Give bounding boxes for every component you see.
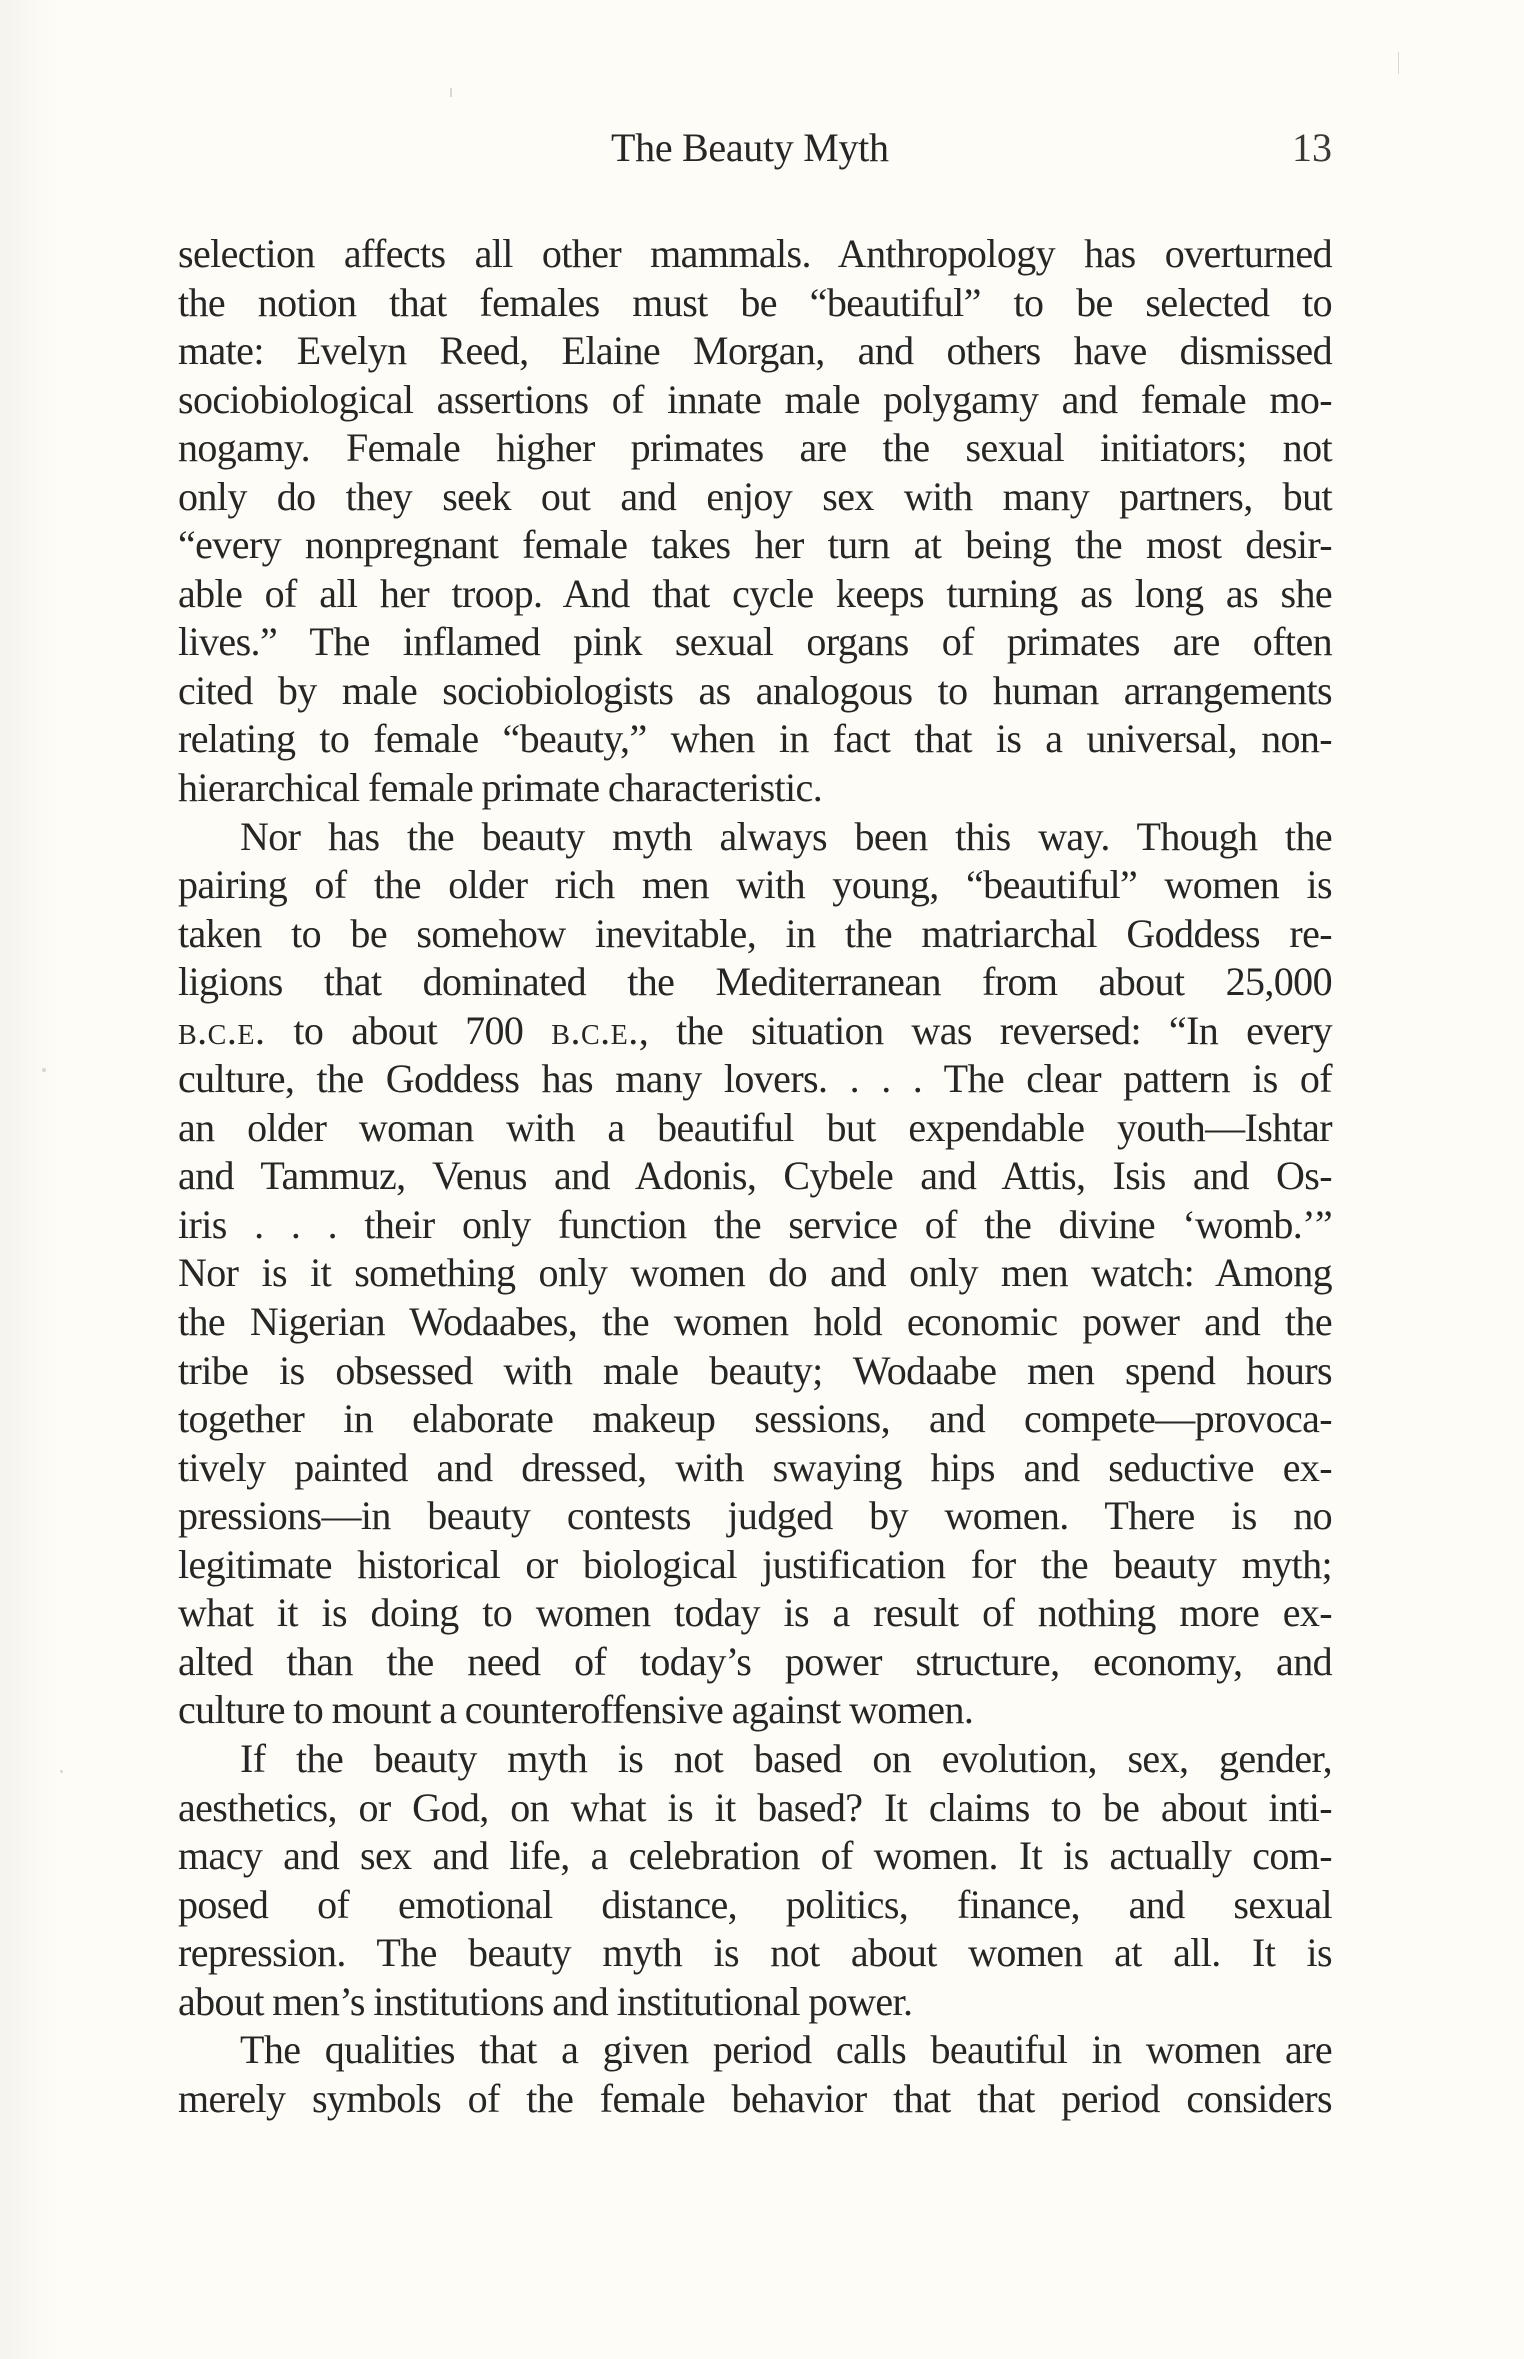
text-line: about men’s institutions and institution… xyxy=(178,1978,1332,2027)
body-text: selection affects all other mammals. Ant… xyxy=(178,230,1332,2123)
text-line: cited by male sociobiologists as analogo… xyxy=(178,667,1332,716)
text-line: The qualities that a given period calls … xyxy=(178,2026,1332,2075)
text-line: tribe is obsessed with male beauty; Woda… xyxy=(178,1347,1332,1396)
book-page: The Beauty Myth 13 selection affects all… xyxy=(0,0,1524,2359)
text-line: Nor is it something only women do and on… xyxy=(178,1249,1332,1298)
scan-artifact xyxy=(450,88,452,97)
text-line: “every nonpregnant female takes her turn… xyxy=(178,521,1332,570)
text-run: , the situation was reversed: “In every xyxy=(639,1008,1332,1053)
text-line: hierarchical female primate characterist… xyxy=(178,764,1332,813)
text-line: macy and sex and life, a celebration of … xyxy=(178,1832,1332,1881)
text-line: culture, the Goddess has many lovers. . … xyxy=(178,1055,1332,1104)
text-line: culture to mount a counteroffensive agai… xyxy=(178,1686,1332,1735)
text-line: ligions that dominated the Mediterranean… xyxy=(178,958,1332,1007)
text-line: lives.” The inflamed pink sexual organs … xyxy=(178,618,1332,667)
scan-artifact xyxy=(1398,52,1399,74)
text-line: and Tammuz, Venus and Adonis, Cybele and… xyxy=(178,1152,1332,1201)
text-line: Nor has the beauty myth always been this… xyxy=(178,813,1332,862)
text-line: merely symbols of the female behavior th… xyxy=(178,2075,1332,2124)
text-line: B.C.E. to about 700 B.C.E., the situatio… xyxy=(178,1007,1332,1056)
text-line: tively painted and dressed, with swaying… xyxy=(178,1444,1332,1493)
text-line: selection affects all other mammals. Ant… xyxy=(178,230,1332,279)
small-caps-abbreviation: B.C.E. xyxy=(178,1008,265,1053)
text-line: posed of emotional distance, politics, f… xyxy=(178,1881,1332,1930)
text-line: only do they seek out and enjoy sex with… xyxy=(178,473,1332,522)
text-line: sociobiological assertions of innate mal… xyxy=(178,376,1332,425)
running-head: The Beauty Myth 13 xyxy=(178,118,1332,178)
text-line: alted than the need of today’s power str… xyxy=(178,1638,1332,1687)
running-title: The Beauty Myth xyxy=(611,118,889,178)
text-line: what it is doing to women today is a res… xyxy=(178,1589,1332,1638)
text-line: relating to female “beauty,” when in fac… xyxy=(178,715,1332,764)
text-line: the notion that females must be “beautif… xyxy=(178,279,1332,328)
scan-artifact xyxy=(60,1770,63,1773)
text-run: to about 700 xyxy=(265,1008,551,1053)
text-line: aesthetics, or God, on what is it based?… xyxy=(178,1784,1332,1833)
small-caps-abbreviation: B.C.E. xyxy=(551,1008,638,1053)
text-line: If the beauty myth is not based on evolu… xyxy=(178,1735,1332,1784)
text-line: able of all her troop. And that cycle ke… xyxy=(178,570,1332,619)
scan-artifact xyxy=(42,1068,46,1072)
text-line: legitimate historical or biological just… xyxy=(178,1541,1332,1590)
text-line: mate: Evelyn Reed, Elaine Morgan, and ot… xyxy=(178,327,1332,376)
text-line: taken to be somehow inevitable, in the m… xyxy=(178,910,1332,959)
text-line: an older woman with a beautiful but expe… xyxy=(178,1104,1332,1153)
page-number: 13 xyxy=(1292,118,1332,178)
text-line: together in elaborate makeup sessions, a… xyxy=(178,1395,1332,1444)
text-line: iris . . . their only function the servi… xyxy=(178,1201,1332,1250)
text-line: pairing of the older rich men with young… xyxy=(178,861,1332,910)
text-line: pressions—in beauty contests judged by w… xyxy=(178,1492,1332,1541)
text-line: repression. The beauty myth is not about… xyxy=(178,1929,1332,1978)
text-line: nogamy. Female higher primates are the s… xyxy=(178,424,1332,473)
text-line: the Nigerian Wodaabes, the women hold ec… xyxy=(178,1298,1332,1347)
